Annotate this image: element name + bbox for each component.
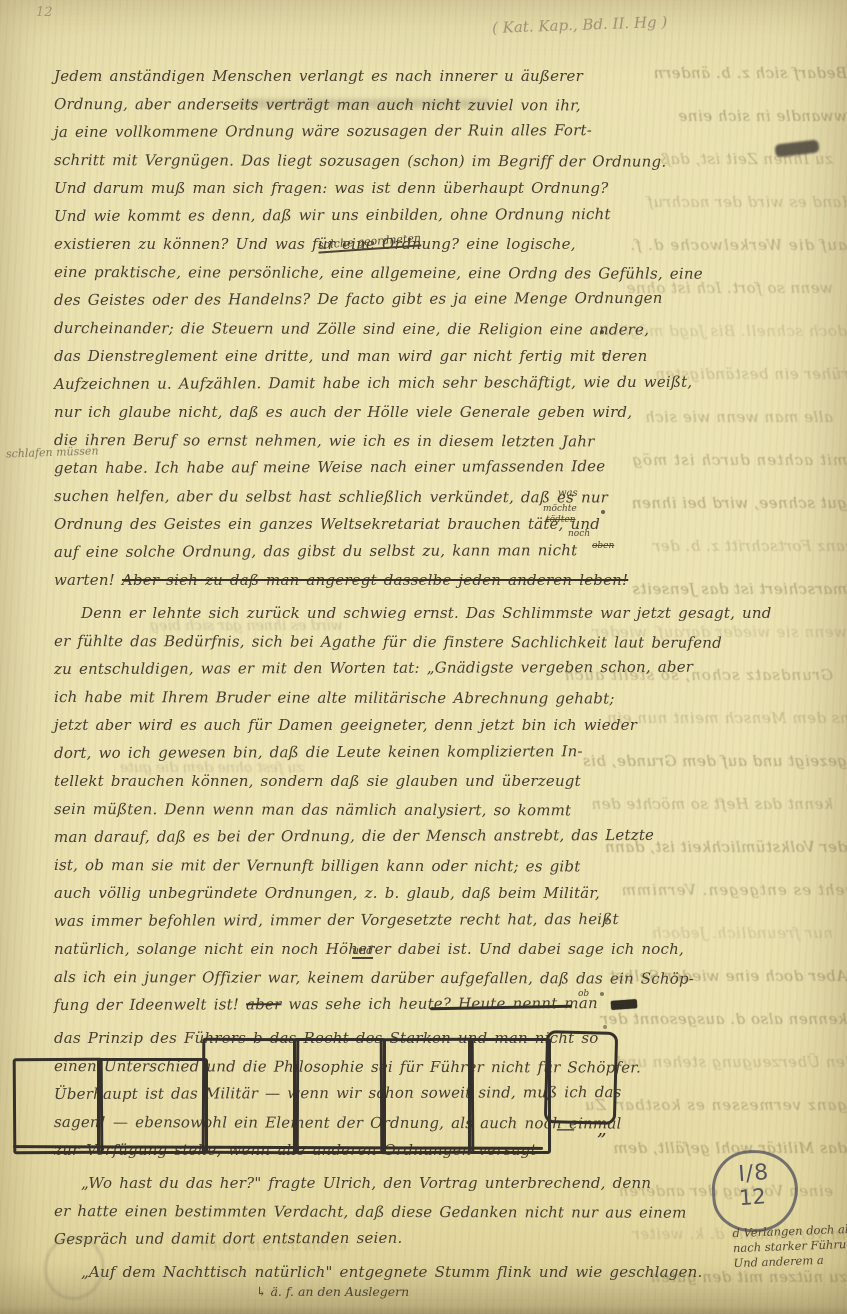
manuscript-line: „Wo hast du das her?" fragte Ulrich, den…	[54, 1169, 646, 1197]
manuscript-line: getan habe. Ich habe auf meine Weise nac…	[54, 452, 646, 482]
manuscript-line: fung der Ideenwelt ist! aber was sehe ic…	[54, 989, 646, 1019]
margin-annotation: d Verlangen doch allenach starker Führun…	[732, 1222, 847, 1271]
manuscript-line: Denn er lehnte sich zurück und schwieg e…	[54, 599, 646, 627]
manuscript-line: man darauf, daß es bei der Ordnung, die …	[54, 821, 646, 851]
manuscript-line: Aufzeichnen u. Aufzählen. Damit habe ich…	[54, 368, 646, 398]
manuscript-line: als ich ein junger Offizier war, keinem …	[54, 963, 646, 993]
manuscript-line: Gespräch und damit dort entstanden seien…	[54, 1223, 646, 1253]
manuscript-line: die ihren Beruf so ernst nehmen, wie ich…	[54, 426, 646, 456]
manuscript-line: Und wie kommt es denn, daß wir uns einbi…	[54, 200, 646, 230]
corner-pencil-mark: 12	[36, 5, 53, 20]
manuscript-line: zur Verfügung stehe, wenn alle anderen O…	[54, 1136, 646, 1164]
manuscript-line: „Auf dem Nachttisch natürlich" entgegnet…	[54, 1258, 646, 1286]
archive-stamp: I/8 12	[709, 1147, 801, 1235]
paragraph: „Wo hast du das her?" fragte Ulrich, den…	[54, 1169, 646, 1253]
manuscript-line: auf eine solche Ordnung, das gibst du se…	[54, 536, 646, 566]
ink-blot	[611, 999, 638, 1010]
interlinear-note: und	[352, 945, 373, 959]
interlinear-note: ob	[578, 990, 589, 999]
interlinear-note: schlafen müssen	[6, 445, 99, 459]
manuscript-line: Jedem anständigen Menschen verlangt es n…	[54, 62, 646, 90]
margin-annotation-line: Und anderem a	[733, 1252, 847, 1271]
manuscript-line: er hatte einen bestimmten Verdacht, daß …	[54, 1197, 646, 1227]
manuscript-page: Bedarf sich z. b. ändernwwandle in sich …	[0, 0, 847, 1314]
manuscript-line: eine praktische, eine persönliche, eine …	[54, 258, 646, 288]
manuscript-line: ja eine vollkommene Ordnung wäre sozusag…	[54, 116, 646, 146]
manuscript-line: Und darum muß man sich fragen: was ist d…	[54, 174, 646, 202]
manuscript-line: dort, wo ich gewesen bin, daß die Leute …	[54, 737, 646, 767]
manuscript-line: tellekt brauchen können, sondern daß sie…	[54, 767, 646, 795]
manuscript-line: einen Unterschied und die Philosophie se…	[54, 1052, 646, 1082]
manuscript-line: warten! Aber sieh zu daß man angeregt da…	[54, 566, 646, 594]
stamp-number: 12	[709, 1182, 796, 1212]
manuscript-line: schritt mit Vergnügen. Das liegt sozusag…	[54, 146, 646, 176]
manuscript-line: ist, ob man sie mit der Vernunft billige…	[54, 851, 646, 881]
manuscript-line: natürlich, solange nicht ein noch Höhere…	[54, 935, 646, 963]
header-pencil-note: ( Kat. Kap., Bd. II. Hg )	[492, 11, 722, 37]
manuscript-line: zu entschuldigen, was er mit den Worten …	[54, 653, 646, 683]
manuscript-line: jetzt aber wird es auch für Damen geeign…	[54, 711, 646, 739]
manuscript-line: des Geistes oder des Handelns? De facto …	[54, 284, 646, 314]
manuscript-line: ich habe mit Ihrem Bruder eine alte mili…	[54, 683, 646, 713]
interlinear-note: möchte	[543, 505, 577, 514]
paragraph: Denn er lehnte sich zurück und schwieg e…	[54, 599, 646, 1019]
footnote-annotation: ↳ ä. f. an den Auslegern	[256, 1284, 409, 1299]
paragraph: „Auf dem Nachttisch natürlich" entgegnet…	[54, 1258, 646, 1286]
manuscript-line: Ordnung, aber anderseits verträgt man au…	[54, 90, 646, 120]
interlinear-note: noch	[568, 530, 590, 539]
interlinear-note: tödten	[546, 516, 576, 525]
interlinear-note: was	[558, 489, 578, 499]
closing-quote-mark: — „	[556, 1118, 615, 1140]
manuscript-line: sein müßten. Denn wenn man das nämlich a…	[54, 795, 646, 825]
manuscript-line: was immer befohlen wird, immer der Vorge…	[54, 905, 646, 935]
paragraph: das Prinzip des Führers b das Recht des …	[54, 1024, 646, 1164]
manuscript-line: das Dienstreglement eine dritte, und man…	[54, 342, 646, 370]
interlinear-note: oben	[592, 542, 614, 551]
manuscript-line: das Prinzip des Führers b das Recht des …	[54, 1024, 646, 1052]
manuscript-line: Überhaupt ist das Militär — wenn wir sch…	[54, 1078, 646, 1108]
ink-smudge	[774, 139, 819, 157]
manuscript-line: er fühlte das Bedürfnis, sich bei Agathe…	[54, 627, 646, 657]
manuscript-line: nur ich glaube nicht, daß es auch der Hö…	[54, 398, 646, 426]
manuscript-line: auch völlig unbegründete Ordnungen, z. b…	[54, 879, 646, 907]
manuscript-line: durcheinander; die Steuern und Zölle sin…	[54, 314, 646, 344]
